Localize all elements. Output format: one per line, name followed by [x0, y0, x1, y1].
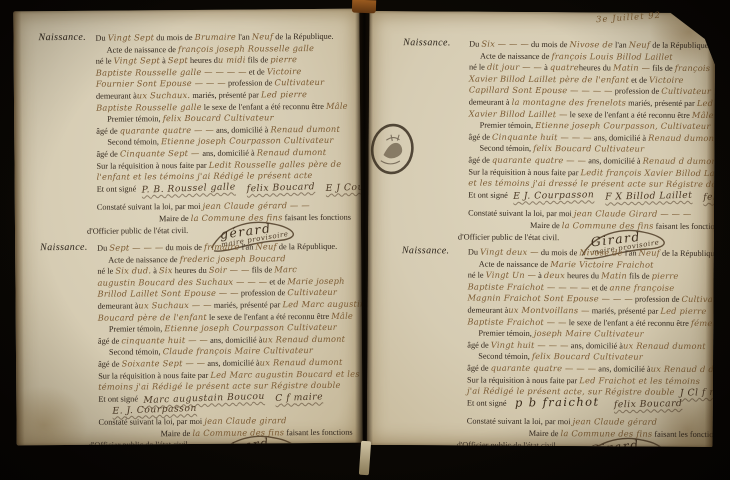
printed-text: d'Officier public de l'état civil. [89, 440, 190, 445]
handwritten-text: Six [159, 265, 173, 275]
birth-record-entry: Naissance.Du Sept — — — du mois de frima… [15, 239, 363, 446]
printed-text: du mois de [163, 243, 204, 252]
printed-text: du mois de [154, 33, 195, 42]
handwritten-text: jean Claude girard [204, 415, 286, 426]
entry-margin-label: Naissance. [13, 31, 97, 236]
record-line: Et ont signé E J. CourpassonF X Billod L… [468, 187, 708, 200]
birth-record-entry: Naissance.Du Vingt Sept du mois de Bruma… [13, 29, 361, 236]
printed-text: Du [95, 34, 107, 43]
register-page-right: Naissance.Du Six — — — du mois de Nivose… [367, 11, 716, 447]
entry-body: Du Six — — — du mois de Nivose de l'an N… [468, 37, 715, 243]
printed-text: d'Officier public de l'état civil. [458, 232, 559, 242]
handwritten-text: Mâle [331, 310, 353, 320]
handwritten-text: Led pierre [261, 89, 307, 99]
handwritten-text: Renaud dumont [257, 147, 327, 158]
handwritten-text: Sept [168, 55, 188, 65]
printed-text: d'Officier public de l'état civil. [87, 225, 188, 235]
printed-text: né le [96, 57, 114, 66]
printed-text: l'an [236, 32, 252, 41]
register-book-spread: Naissance.Du Vingt Sept du mois de Bruma… [0, 0, 730, 480]
printed-text: Constaté suivant la loi, par moi [468, 209, 574, 219]
record-line: Et ont signé Marc augustain BoucouC f ma… [98, 389, 356, 403]
handwritten-text: fémelle [691, 317, 715, 327]
handwritten-text: françois [675, 63, 711, 73]
record-line: demeurant à la montagne des frenelots ma… [469, 95, 709, 108]
printed-text: demeurant à [98, 301, 139, 310]
entry-body: Du Sept — — — du mois de frimaire l'an N… [97, 239, 363, 446]
printed-text: à [151, 266, 159, 275]
signature-text: C f maire [275, 391, 323, 404]
record-line: âgé de quarante quatre — — — ans, domici… [467, 360, 707, 373]
handwritten-text: quarante quatre — — [492, 155, 586, 166]
printed-text: ans, domicilié à [202, 148, 256, 157]
record-line: d'Officier public de l'état civil.gérard… [87, 221, 355, 235]
printed-text: né le [468, 271, 486, 280]
handwritten-text: Brumaire [195, 32, 236, 42]
record-line: d'Officier public de l'état civil.Girard… [458, 229, 708, 242]
entry-margin-label: Naissance. [15, 241, 99, 446]
signature-text: felix Boucard [703, 190, 715, 203]
handwritten-text: Renaud d dumont [643, 156, 716, 166]
printed-text: âgé de [467, 363, 491, 372]
printed-text: de la République. [273, 32, 333, 41]
printed-text: né le [97, 267, 115, 276]
handwritten-text: frimaire [204, 242, 240, 252]
printed-text: demeurant à [96, 91, 137, 100]
printed-text: fils de [246, 56, 271, 65]
record-line: Du Sept — — — du mois de frimaire l'an N… [97, 239, 355, 253]
printed-text: mariés, présenté par [590, 306, 661, 315]
printed-text: demeurant à [469, 98, 512, 107]
record-line: âgé de quarante quatre — — ans, domicili… [468, 152, 708, 165]
handwritten-text: ux Suchaux. [137, 90, 191, 100]
printed-text: l'an [613, 40, 629, 49]
printed-text: du mois de [539, 248, 580, 257]
printed-text: Du [468, 248, 480, 257]
signature-text: felix Boucard [614, 398, 683, 411]
handwritten-text: la montagne des frenelots [512, 97, 627, 108]
handwritten-text: Neuf [629, 40, 650, 50]
official-ink-stamp [365, 118, 418, 184]
printed-text: Maire de [529, 429, 561, 438]
handwritten-text: pierre [652, 271, 679, 281]
handwritten-text: Marc [274, 264, 297, 274]
signature-text: E J Courpasson [326, 180, 363, 194]
birth-record-entry: Naissance.Du Six — — — du mois de Nivose… [368, 36, 715, 242]
handwritten-text: Six — — — [481, 39, 529, 49]
handwritten-text: Vingt Sept [114, 55, 160, 65]
handwritten-text: Vingt Sept [108, 32, 154, 42]
page-body-left: Naissance.Du Vingt Sept du mois de Bruma… [13, 9, 362, 446]
record-line: Sur la réquisition à nous faite par Ledi… [96, 156, 354, 170]
printed-text: Et ont signé [468, 190, 510, 199]
handwritten-text: quarante quatre — — — [491, 363, 597, 374]
printed-text: de la République. [650, 41, 710, 50]
printed-text: du mois de [529, 40, 570, 49]
printed-text: ans, domicilié à [205, 358, 259, 367]
signature-text: P. B. Roussel galle [141, 181, 235, 196]
handwritten-text: Led pierre [660, 306, 706, 316]
entry-body: Du Vingt deux — du mois de Nivose de l'a… [467, 245, 714, 447]
binding-tab-top [352, 0, 376, 13]
printed-text: demeurant à [467, 306, 508, 315]
signature-text: F X Billod Laillet [605, 190, 692, 203]
entry-margin-label: Naissance. [367, 244, 468, 447]
record-line: Et ont signé p b fraichotfelix Boucard [467, 395, 707, 408]
record-line: Et ont signé P. B. Roussel gallefelix Bo… [97, 179, 355, 193]
register-page-left: Naissance.Du Vingt Sept du mois de Bruma… [13, 9, 362, 446]
printed-text: fils de [627, 272, 652, 281]
printed-text: Du [97, 244, 109, 253]
handwritten-text: ux Suchaux — — [138, 300, 211, 311]
signature-text: p b fraichot [515, 396, 600, 409]
signature-text: felix Boucard [246, 181, 315, 195]
printed-text: fils de [650, 64, 675, 73]
handwritten-text: Cinquante Sept — [120, 148, 202, 159]
handwritten-text: Vingt deux — [480, 247, 539, 257]
printed-text: Et ont signé [97, 184, 139, 193]
printed-text: l'an [623, 249, 639, 258]
handwritten-text: Soir — — [209, 265, 250, 275]
printed-text: l'an [240, 242, 256, 251]
printed-text: de la République. [277, 242, 337, 251]
record-line: demeurant àux Montvoillans — mariés, pré… [467, 303, 707, 316]
record-line: Fournier Sont Epouse — — — profession de… [96, 75, 354, 89]
printed-text: Et ont signé [467, 398, 509, 407]
printed-text: ans, domicilié à [586, 156, 643, 165]
printed-text: heures du [579, 63, 613, 72]
handwritten-text: Matin [601, 271, 627, 281]
handwritten-text: ux Renaud d dumont [651, 364, 716, 375]
handwritten-text: Sept — — — [109, 242, 163, 252]
record-line: Du Six — — — du mois de Nivose de l'an N… [469, 37, 709, 50]
printed-text: ans, domicilié à [596, 364, 650, 373]
record-line: d'Officier public de l'état civil.Girard… [457, 437, 707, 447]
printed-text: âgé de [96, 149, 120, 158]
printed-text: d'Officier public de l'état civil. [457, 440, 558, 447]
record-line: Du Vingt deux — du mois de Nivose de l'a… [468, 245, 708, 258]
record-line: Constaté suivant la loi, par moi jean Cl… [467, 414, 707, 427]
page-body-right: Naissance.Du Six — — — du mois de Nivose… [367, 11, 716, 447]
printed-text: âgé de [98, 359, 122, 368]
printed-text: Maire de [530, 221, 562, 230]
handwritten-text: deux [544, 270, 565, 280]
handwritten-text: quatre [550, 62, 579, 72]
entry-body: Du Vingt Sept du mois de Brumaire l'an N… [95, 29, 361, 235]
signature-text: J Cl f maire [680, 387, 715, 400]
handwritten-text: Renaud dumont [648, 132, 715, 142]
signature-text: E J. Courpasson [513, 189, 594, 202]
printed-text: âgé de [468, 155, 492, 164]
handwritten-text: Led dit françois [697, 98, 716, 108]
handwritten-text: Neuf [252, 31, 273, 41]
binding-thread-bottom [359, 441, 371, 476]
record-line: Constaté suivant la loi, par moi jean Cl… [468, 206, 708, 219]
printed-text: né le [469, 63, 487, 72]
handwritten-text: Nivose de [579, 247, 622, 257]
printed-text: Du [469, 40, 481, 49]
handwritten-text: Nivose de [570, 39, 613, 49]
printed-text: fils de [250, 266, 275, 275]
handwritten-text: ux Renaud dumont [260, 357, 343, 368]
handwritten-text: ux Montvoillans — [508, 305, 589, 315]
handwritten-text: Vingt Un — [486, 270, 536, 280]
printed-text: de la République. [660, 249, 715, 258]
mayor-signature: Girardmaire provisoire [589, 436, 659, 447]
printed-text: mariés, présenté par [626, 98, 697, 107]
handwritten-text: Matin — [613, 63, 650, 73]
handwritten-text: Soixante Sept — — [122, 358, 206, 369]
printed-text: Constaté suivant la loi, par moi [467, 417, 573, 427]
birth-record-entry: Naissance.Du Vingt deux — du mois de Niv… [367, 244, 714, 447]
handwritten-text: Led Marc augustin [282, 299, 362, 310]
handwritten-text: Mâle [326, 100, 348, 110]
handwritten-text: Mâle [692, 109, 714, 119]
handwritten-text: u midi [218, 55, 246, 65]
record-line: âgé de cinquante huit — — ans, domicilié… [98, 331, 356, 345]
handwritten-text: Neuf [639, 248, 660, 258]
record-line: Du Vingt Sept du mois de Brumaire l'an N… [95, 29, 353, 43]
handwritten-text: Neuf [255, 241, 276, 251]
printed-text: Maire de [159, 214, 191, 223]
printed-text: à [542, 63, 550, 72]
handwritten-text: Six dud. [115, 265, 151, 275]
record-line: Baptiste Rousselle galle le sexe de l'en… [96, 98, 354, 112]
handwritten-text: pierre [270, 54, 297, 64]
mayor-signature: girardmaire provisoire [221, 434, 291, 445]
record-line: d'Officier public de l'état civil.girard… [89, 436, 357, 446]
handwritten-text: dit jour — — [487, 62, 542, 72]
